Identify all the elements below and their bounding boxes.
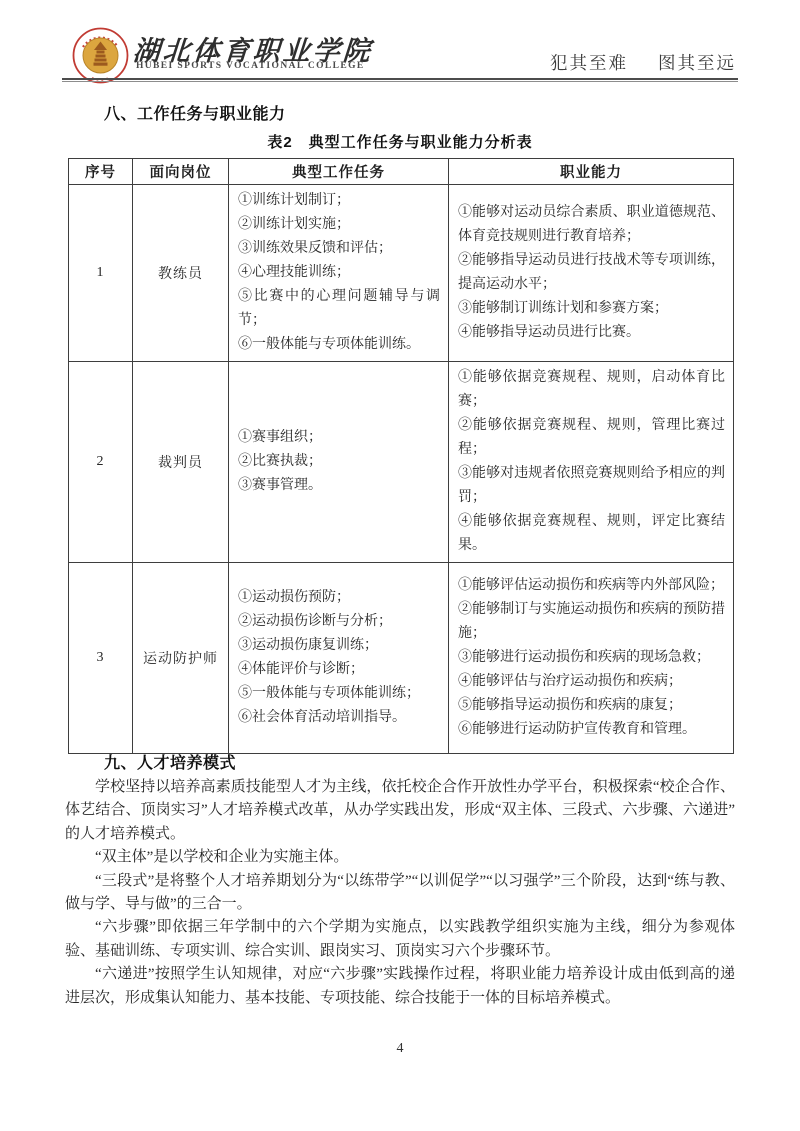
ability-item: ④能够依据竞赛规程、规则，评定比赛结果。	[458, 510, 725, 558]
task-item: ⑤一般体能与专项体能训练；	[238, 682, 440, 706]
table-row: 1 教练员 ①训练计划制订； ②训练计划实施； ③训练效果反馈和评估； ④心理技…	[69, 185, 734, 362]
task-item: ①训练计划制订；	[238, 189, 440, 213]
task-item: ⑥社会体育活动培训指导。	[238, 706, 440, 730]
task-item: ④体能评价与诊断；	[238, 658, 440, 682]
ability-item: ②能够制订与实施运动损伤和疾病的预防措施；	[458, 598, 725, 646]
college-seal-icon	[72, 27, 129, 84]
task-item: ②运动损伤诊断与分析；	[238, 610, 440, 634]
task-item: ③训练效果反馈和评估；	[238, 237, 440, 261]
task-item: ①赛事组织；	[238, 426, 440, 450]
ability-item: ④能够评估与治疗运动损伤和疾病；	[458, 670, 725, 694]
col-header-post: 面向岗位	[133, 159, 229, 185]
paragraph: “六递进”按照学生认知规律，对应“六步骤”实践操作过程，将职业能力培养设计成由低…	[65, 963, 735, 1010]
ability-item: ⑥能够进行运动防护宣传教育和管理。	[458, 718, 725, 742]
header-divider	[62, 78, 738, 82]
college-name-english: HUBEI SPORTS VOCATIONAL COLLEGE	[136, 61, 365, 71]
page-number: 4	[0, 1041, 800, 1057]
row-2-post: 裁判员	[133, 362, 229, 563]
row-3-post: 运动防护师	[133, 563, 229, 754]
row-3-tasks: ①运动损伤预防； ②运动损伤诊断与分析； ③运动损伤康复训练； ④体能评价与诊断…	[229, 563, 449, 754]
task-ability-table: 序号 面向岗位 典型工作任务 职业能力 1 教练员 ①训练计划制订； ②训练计划…	[68, 158, 734, 754]
paragraph: “三段式”是将整个人才培养期划分为“以练带学”“以训促学”“以习强学”三个阶段，…	[65, 870, 735, 917]
paragraph: “双主体”是以学校和企业为实施主体。	[65, 846, 735, 869]
task-item: ①运动损伤预防；	[238, 586, 440, 610]
task-item: ③运动损伤康复训练；	[238, 634, 440, 658]
ability-item: ④能够指导运动员进行比赛。	[458, 321, 725, 345]
task-item: ⑤比赛中的心理问题辅导与调节；	[238, 285, 440, 333]
row-1-abilities: ①能够对运动员综合素质、职业道德规范、体育竞技规则进行教育培养； ②能够指导运动…	[449, 185, 734, 362]
ability-item: ①能够对运动员综合素质、职业道德规范、体育竞技规则进行教育培养；	[458, 201, 725, 249]
ability-item: ①能够依据竞赛规程、规则，启动体育比赛；	[458, 366, 725, 414]
task-item: ③赛事管理。	[238, 474, 440, 498]
ability-item: ③能够对违规者依照竞赛规则给予相应的判罚；	[458, 462, 725, 510]
col-header-abilities: 职业能力	[449, 159, 734, 185]
paragraph: 学校坚持以培养高素质技能型人才为主线，依托校企合作开放性办学平台，积极探索“校企…	[65, 776, 735, 846]
ability-item: ①能够评估运动损伤和疾病等内外部风险；	[458, 574, 725, 598]
task-item: ⑥一般体能与专项体能训练。	[238, 333, 440, 357]
college-motto: 犯其至难图其至远	[550, 50, 736, 75]
row-2-abilities: ①能够依据竞赛规程、规则，启动体育比赛； ②能够依据竞赛规程、规则，管理比赛过程…	[449, 362, 734, 563]
task-item: ②比赛执裁；	[238, 450, 440, 474]
task-item: ④心理技能训练；	[238, 261, 440, 285]
paragraph: “六步骤”即依据三年学制中的六个学期为实施点，以实践教学组织实施为主线，细分为参…	[65, 916, 735, 963]
ability-item: ⑤能够指导运动损伤和疾病的康复；	[458, 694, 725, 718]
seal-graphic	[72, 27, 129, 84]
row-3-abilities: ①能够评估运动损伤和疾病等内外部风险； ②能够制订与实施运动损伤和疾病的预防措施…	[449, 563, 734, 754]
row-1-no: 1	[69, 185, 133, 362]
table-row: 2 裁判员 ①赛事组织； ②比赛执裁； ③赛事管理。 ①能够依据竞赛规程、规则，…	[69, 362, 734, 563]
row-1-post: 教练员	[133, 185, 229, 362]
document-page: 湖北体育职业学院 HUBEI SPORTS VOCATIONAL COLLEGE…	[0, 0, 800, 1131]
ability-item: ③能够进行运动损伤和疾病的现场急救；	[458, 646, 725, 670]
row-2-tasks: ①赛事组织； ②比赛执裁； ③赛事管理。	[229, 362, 449, 563]
motto-left: 犯其至难	[550, 53, 628, 73]
ability-item: ②能够依据竞赛规程、规则，管理比赛过程；	[458, 414, 725, 462]
ability-item: ③能够制订训练计划和参赛方案；	[458, 297, 725, 321]
table-row: 3 运动防护师 ①运动损伤预防； ②运动损伤诊断与分析； ③运动损伤康复训练； …	[69, 563, 734, 754]
col-header-tasks: 典型工作任务	[229, 159, 449, 185]
row-3-no: 3	[69, 563, 133, 754]
section-9-heading: 九、人才培养模式	[104, 750, 236, 773]
section-9-body: 学校坚持以培养高素质技能型人才为主线，依托校企合作开放性办学平台，积极探索“校企…	[65, 776, 735, 1010]
section-8-heading: 八、工作任务与职业能力	[104, 101, 286, 124]
task-item: ②训练计划实施；	[238, 213, 440, 237]
col-header-no: 序号	[69, 159, 133, 185]
ability-item: ②能够指导运动员进行技战术等专项训练，提高运动水平；	[458, 249, 725, 297]
motto-right: 图其至远	[658, 53, 736, 73]
row-2-no: 2	[69, 362, 133, 563]
row-1-tasks: ①训练计划制订； ②训练计划实施； ③训练效果反馈和评估； ④心理技能训练； ⑤…	[229, 185, 449, 362]
table-2-caption: 表2 典型工作任务与职业能力分析表	[0, 131, 800, 152]
table-header-row: 序号 面向岗位 典型工作任务 职业能力	[69, 159, 734, 185]
